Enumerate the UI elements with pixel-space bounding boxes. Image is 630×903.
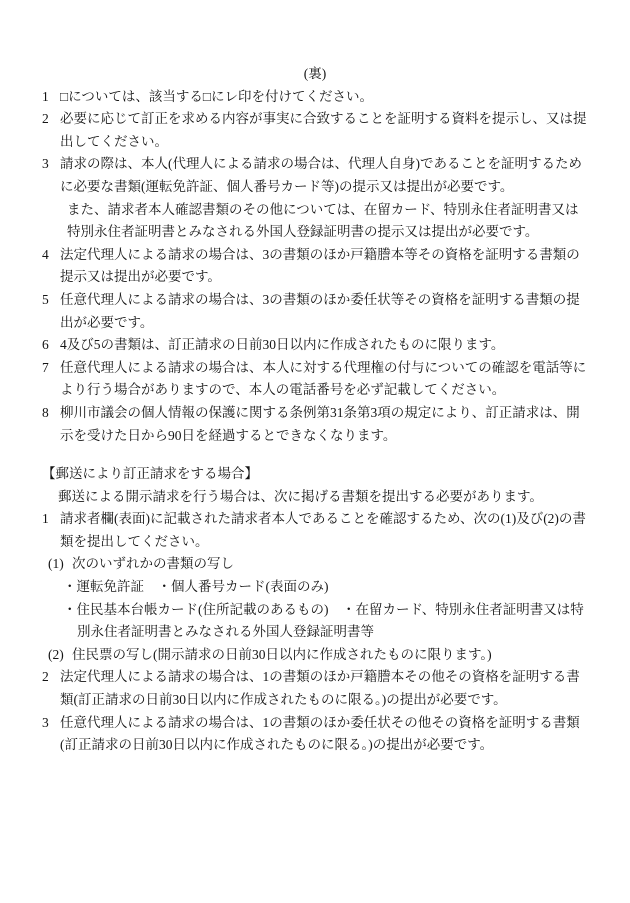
note-number: 8 [42,402,60,425]
note-number: 4 [42,244,60,267]
note-text: 法定代理人による請求の場合は、3の書類のほか戸籍謄本等その資格を証明する書類の提… [60,244,588,289]
mail-item-text: 法定代理人による請求の場合は、1の書類のほか戸籍謄本その他その資格を証明する書類… [60,666,588,711]
note-text: 4及び5の書類は、訂正請求の日前30日以内に作成されたものに限ります。 [60,334,588,357]
mail-item-1: 1 請求者欄(表面)に記載された請求者本人であることを確認するため、次の(1)及… [42,508,588,553]
mail-subitem-2: (2) 住民票の写し(開示請求の日前30日以内に作成されたものに限ります。) [48,644,588,667]
mail-subitem-number: (1) [48,553,72,576]
note-number: 2 [42,108,60,131]
document-bullet-line-1: ・運転免許証 ・個人番号カード(表面のみ) [42,576,588,599]
note-text: 請求の際は、本人(代理人による請求の場合は、代理人自身)であることを証明するため… [60,153,588,243]
mail-subitem-number: (2) [48,644,72,667]
mail-item-number: 2 [42,666,60,689]
note-text-extra: また、請求者本人確認書類のその他については、在留カード、特別永住者証明書又は特別… [60,199,588,244]
document-bullet-line-2: ・住民基本台帳カード(住所記載のあるもの) ・在留カード、特別永住者証明書又は特… [42,599,588,644]
mail-subitem-1: (1) 次のいずれかの書類の写し [48,553,588,576]
note-item-5: 5 任意代理人による請求の場合は、3の書類のほか委任状等その資格を証明する書類の… [42,289,588,334]
note-text: 任意代理人による請求の場合は、3の書類のほか委任状等その資格を証明する書類の提出… [60,289,588,334]
mail-item-3: 3 任意代理人による請求の場合は、1の書類のほか委任状その他その資格を証明する書… [42,712,588,757]
mail-item-text: 任意代理人による請求の場合は、1の書類のほか委任状その他その資格を証明する書類(… [60,712,588,757]
note-item-4: 4 法定代理人による請求の場合は、3の書類のほか戸籍謄本等その資格を証明する書類… [42,244,588,289]
note-text: 柳川市議会の個人情報の保護に関する条例第31条第3項の規定により、訂正請求は、開… [60,402,588,447]
note-text-main: 請求の際は、本人(代理人による請求の場合は、代理人自身)であることを証明するため… [60,153,588,198]
mail-section-heading: 【郵送により訂正請求をする場合】 [42,463,588,486]
mail-subitem-text: 住民票の写し(開示請求の日前30日以内に作成されたものに限ります。) [72,644,588,667]
note-number: 5 [42,289,60,312]
note-item-1: 1 □については、該当する□にレ印を付けてください。 [42,86,588,109]
mail-subitem-text: 次のいずれかの書類の写し [72,553,588,576]
note-number: 7 [42,357,60,380]
mail-item-number: 1 [42,508,60,531]
mail-item-text: 請求者欄(表面)に記載された請求者本人であることを確認するため、次の(1)及び(… [60,508,588,553]
note-number: 6 [42,334,60,357]
note-item-6: 6 4及び5の書類は、訂正請求の日前30日以内に作成されたものに限ります。 [42,334,588,357]
mail-request-section: 【郵送により訂正請求をする場合】 郵送による開示請求を行う場合は、次に掲げる書類… [42,463,588,757]
note-text: □については、該当する□にレ印を付けてください。 [60,86,588,109]
mail-item-number: 3 [42,712,60,735]
note-item-7: 7 任意代理人による請求の場合は、本人に対する代理権の付与についての確認を電話等… [42,357,588,402]
notes-section: 1 □については、該当する□にレ印を付けてください。 2 必要に応じて訂正を求め… [42,86,588,448]
note-item-3: 3 請求の際は、本人(代理人による請求の場合は、代理人自身)であることを証明する… [42,153,588,243]
note-item-8: 8 柳川市議会の個人情報の保護に関する条例第31条第3項の規定により、訂正請求は… [42,402,588,447]
note-number: 3 [42,153,60,176]
note-number: 1 [42,86,60,109]
page-side-label: (裏) [42,63,588,86]
mail-section-intro: 郵送による開示請求を行う場合は、次に掲げる書類を提出する必要があります。 [42,486,588,509]
note-text: 任意代理人による請求の場合は、本人に対する代理権の付与についての確認を電話等によ… [60,357,588,402]
mail-item-2: 2 法定代理人による請求の場合は、1の書類のほか戸籍謄本その他その資格を証明する… [42,666,588,711]
note-item-2: 2 必要に応じて訂正を求める内容が事実に合致することを証明する資料を提示し、又は… [42,108,588,153]
document-page: (裏) 1 □については、該当する□にレ印を付けてください。 2 必要に応じて訂… [0,0,630,903]
note-text: 必要に応じて訂正を求める内容が事実に合致することを証明する資料を提示し、又は提出… [60,108,588,153]
